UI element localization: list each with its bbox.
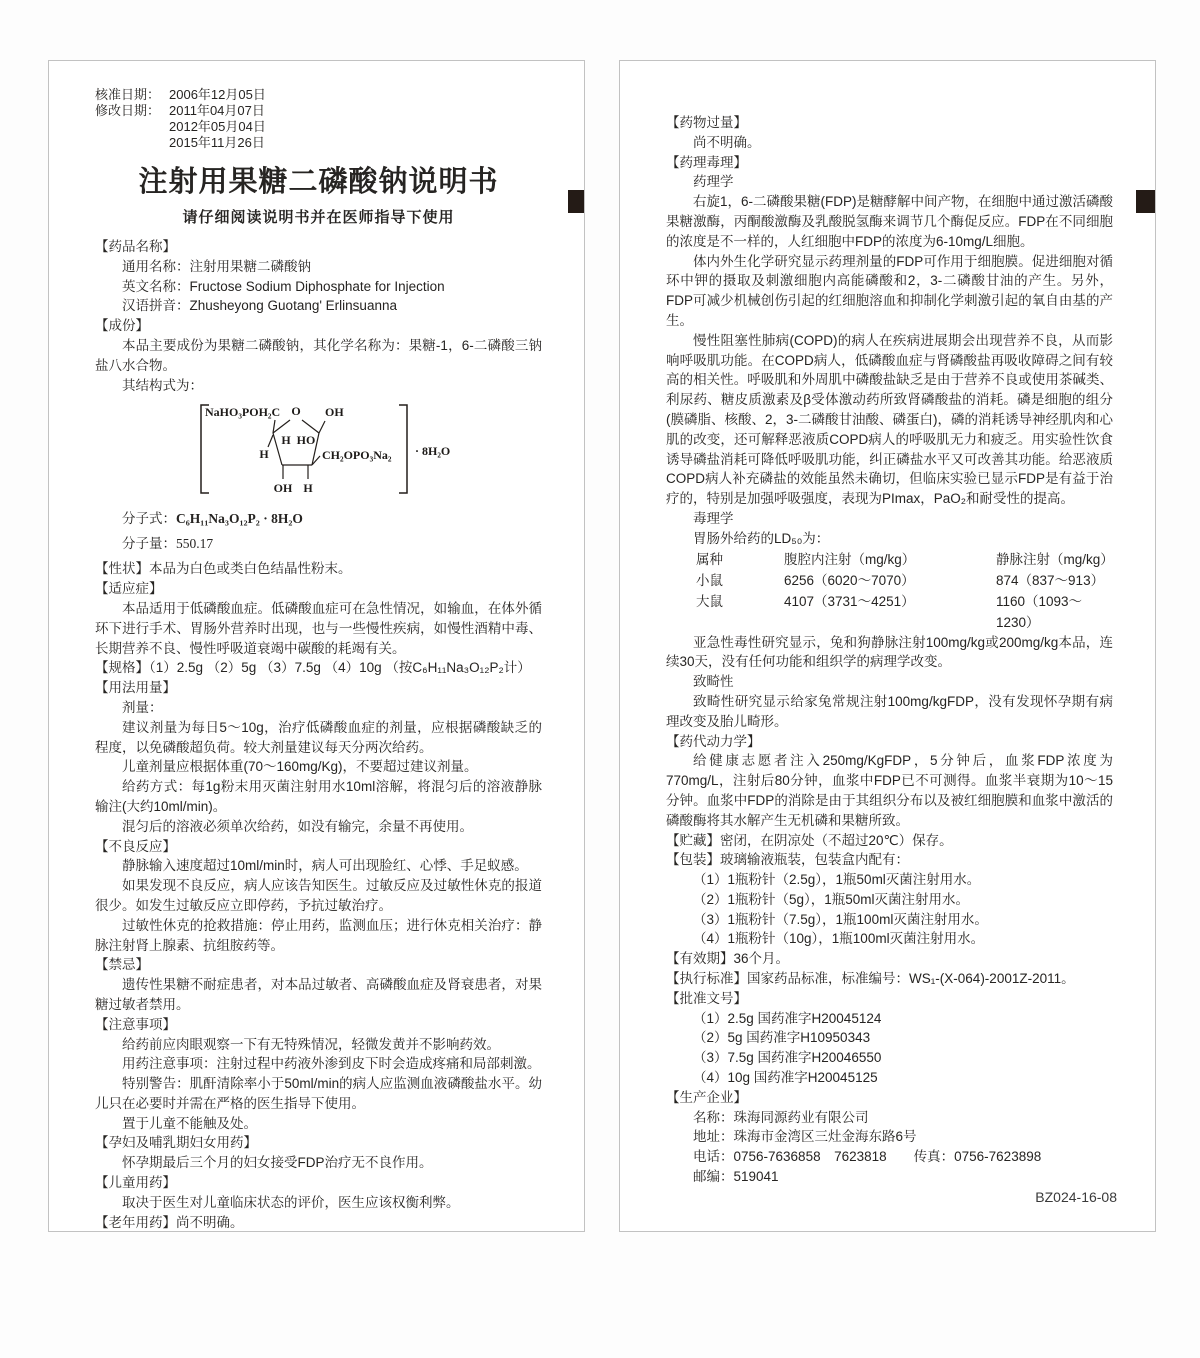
section-heading: 【儿童用药】 <box>95 1173 542 1193</box>
date-value: 2015年11月26日 <box>169 135 265 151</box>
insert-page-left: 核准日期： 2006年12月05日 修改日期： 2011年04月07日 2012… <box>48 60 585 1232</box>
paragraph: 致畸性研究显示给家兔常规注射100mg/kgFDP，没有发现怀孕期有病理改变及胎… <box>666 692 1113 732</box>
left-blocks-2: 【性状】本品为白色或类白色结晶性粉末。【适应症】本品适用于低磷酸血症。低磷酸血症… <box>95 559 542 1232</box>
revision-date-row: 2012年05月04日 <box>95 119 542 135</box>
table-cell: 静脉注射（mg/kg） <box>996 549 1113 570</box>
paragraph: 通用名称：注射用果糖二磷酸钠 <box>95 257 542 277</box>
paragraph: 取决于医生对儿童临床状态的评价，医生应该权衡利弊。 <box>95 1193 542 1213</box>
section-heading: 【不良反应】 <box>95 837 542 857</box>
structure-label-hydrate: · 8H₂O <box>415 444 450 458</box>
paragraph: 如果发现不良反应，病人应该告知医生。过敏反应及过敏性休克的报道很少。如发生过敏反… <box>95 876 542 916</box>
date-label <box>95 119 169 135</box>
approval-dates: 核准日期： 2006年12月05日 修改日期： 2011年04月07日 2012… <box>95 87 542 151</box>
page-title: 注射用果糖二磷酸钠说明书 <box>95 159 542 200</box>
molecular-weight-line: 分子量：550.17 <box>95 534 542 554</box>
paragraph: 给药方式：每1g粉末用灭菌注射用水10ml溶解，将混匀后的溶液静脉输注(大约10… <box>95 777 542 817</box>
table-cell: 大鼠 <box>696 591 784 633</box>
structure-label-oh-top: OH <box>325 405 344 419</box>
structure-label-ho-inner: HO <box>297 433 316 447</box>
section-heading: 【药品名称】 <box>95 237 542 257</box>
paragraph: 毒理学 <box>666 509 1113 529</box>
table-cell: 6256（6020～7070） <box>784 570 996 591</box>
paragraph: 药理学 <box>666 172 1113 192</box>
section-heading: 【规格】（1）2.5g （2）5g （3）7.5g （4）10g （按C₆H₁₁… <box>95 658 542 678</box>
section-heading: 【性状】本品为白色或类白色结晶性粉末。 <box>95 559 542 579</box>
table-cell: 腹腔内注射（mg/kg） <box>784 549 996 570</box>
approval-date-row: 核准日期： 2006年12月05日 <box>95 87 542 103</box>
molecular-formula-label: 分子式： <box>122 511 176 526</box>
paragraph: 致畸性 <box>666 672 1113 692</box>
paragraph: 其结构式为： <box>95 376 542 396</box>
registration-mark <box>568 190 585 213</box>
paragraph: 剂量： <box>95 698 542 718</box>
section-heading: 【注意事项】 <box>95 1015 542 1035</box>
structure-label-phosphate-right: CH₂OPO₃Na₂ <box>322 448 392 462</box>
batch-code: BZ024-16-08 <box>1035 1189 1117 1205</box>
table-cell: 874（837～913） <box>996 570 1113 591</box>
section-heading: 【药理毒理】 <box>666 153 1113 173</box>
revision-date-row: 修改日期： 2011年04月07日 <box>95 103 542 119</box>
paragraph: 右旋1，6-二磷酸果糖(FDP)是糖酵解中间产物，在细胞中通过激活磷酸果糖激酶，… <box>666 192 1113 251</box>
section-heading: 【执行标准】国家药品标准，标准编号：WS₁-(X-064)-2001Z-2011… <box>666 969 1113 989</box>
section-heading: 【生产企业】 <box>666 1088 1113 1108</box>
paragraph: 置于儿童不能触及处。 <box>95 1114 542 1134</box>
revision-date-row: 2015年11月26日 <box>95 135 542 151</box>
structure-label-oh-bottom: OH <box>274 481 293 495</box>
paragraph: 亚急性毒性研究显示，兔和狗静脉注射100mg/kg或200mg/kg本品，连续3… <box>666 633 1113 673</box>
ld50-table: 属种腹腔内注射（mg/kg）静脉注射（mg/kg）小鼠6256（6020～707… <box>696 549 1113 633</box>
section-heading: 【包装】玻璃输液瓶装，包装盒内配有： <box>666 850 1113 870</box>
molecular-weight-label: 分子量： <box>122 536 176 551</box>
structure-label-phosphate-left: NaHO₃POH₂C <box>205 405 280 419</box>
paragraph: 用药注意事项：注射过程中药液外渗到皮下时会造成疼痛和局部刺激。 <box>95 1054 542 1074</box>
section-heading: 【成份】 <box>95 316 542 336</box>
section-heading: 【有效期】36个月。 <box>666 949 1113 969</box>
table-cell: 4107（3731～4251） <box>784 591 996 633</box>
section-heading: 【适应症】 <box>95 579 542 599</box>
chemical-structure-svg: NaHO₃POH₂C O OH H HO H CH₂OPO₃Na₂ OH H ·… <box>195 399 450 499</box>
insert-page-right: 【药物过量】尚不明确。【药理毒理】药理学右旋1，6-二磷酸果糖(FDP)是糖酵解… <box>619 60 1156 1232</box>
page-subtitle: 请仔细阅读说明书并在医师指导下使用 <box>95 206 542 227</box>
chemical-structure-figure: NaHO₃POH₂C O OH H HO H CH₂OPO₃Na₂ OH H ·… <box>195 399 450 504</box>
date-label: 修改日期： <box>95 103 169 119</box>
paragraph: （2）1瓶粉针（5g），1瓶50ml灭菌注射用水。 <box>666 890 1113 910</box>
paragraph: 给健康志愿者注入250mg/KgFDP，5分钟后，血浆FDP浓度为770mg/L… <box>666 751 1113 830</box>
paragraph: 英文名称：Fructose Sodium Diphosphate for Inj… <box>95 277 542 297</box>
registration-mark <box>1136 190 1156 213</box>
paragraph: （1）1瓶粉针（2.5g），1瓶50ml灭菌注射用水。 <box>666 870 1113 890</box>
table-row: 属种腹腔内注射（mg/kg）静脉注射（mg/kg） <box>696 549 1113 570</box>
paragraph: 怀孕期最后三个月的妇女接受FDP治疗无不良作用。 <box>95 1153 542 1173</box>
molecular-formula-value: C₆H₁₁Na₃O₁₂P₂ · 8H₂O <box>176 511 303 526</box>
structure-label-h-bottom: H <box>303 481 313 495</box>
paragraph: 遗传性果糖不耐症患者，对本品过敏者、高磷酸血症及肾衰患者，对果糖过敏者禁用。 <box>95 975 542 1015</box>
structure-label-ring-oxygen: O <box>291 404 300 418</box>
paragraph: 过敏性休克的抢救措施：停止用药，监测血压；进行休克相关治疗：静脉注射肾上腺素、抗… <box>95 916 542 956</box>
section-heading: 【药物过量】 <box>666 113 1113 133</box>
paragraph: 名称：珠海同源药业有限公司 <box>666 1108 1113 1128</box>
paragraph: 地址：珠海市金湾区三灶金海东路6号 <box>666 1127 1113 1147</box>
paragraph: 建议剂量为每日5～10g，治疗低磷酸血症的剂量，应根据磷酸缺乏的程度，以免磷酸超… <box>95 718 542 758</box>
molecular-weight-value: 550.17 <box>176 536 213 551</box>
paragraph: 给药前应肉眼观察一下有无特殊情况，轻微发黄并不影响药效。 <box>95 1035 542 1055</box>
paragraph: （4）10g 国药准字H20045125 <box>666 1068 1113 1088</box>
paragraph: 本品主要成份为果糖二磷酸钠，其化学名称为：果糖-1，6-二磷酸三钠盐八水合物。 <box>95 336 542 376</box>
paragraph: 尚不明确。 <box>666 133 1113 153</box>
table-cell: 属种 <box>696 549 784 570</box>
paragraph: 汉语拼音：Zhusheyong Guotang' Erlinsuanna <box>95 296 542 316</box>
paragraph: （3）1瓶粉针（7.5g），1瓶100ml灭菌注射用水。 <box>666 910 1113 930</box>
molecular-formula-line: 分子式：C₆H₁₁Na₃O₁₂P₂ · 8H₂O <box>95 509 542 529</box>
paragraph: 慢性阻塞性肺病(COPD)的病人在疾病进展期会出现营养不良，从而影响呼吸肌功能。… <box>666 331 1113 509</box>
paragraph: （4）1瓶粉针（10g），1瓶100ml灭菌注射用水。 <box>666 929 1113 949</box>
section-heading: 【禁忌】 <box>95 955 542 975</box>
paragraph: 静脉输入速度超过10ml/min时，病人可出现脸红、心悸、手足蚁感。 <box>95 856 542 876</box>
section-heading: 【贮藏】密闭，在阴凉处（不超过20℃）保存。 <box>666 831 1113 851</box>
table-cell: 小鼠 <box>696 570 784 591</box>
paragraph: 特别警告：肌酐清除率小于50ml/min的病人应监测血液磷酸盐水平。幼儿只在必要… <box>95 1074 542 1114</box>
paragraph: 电话：0756-7636858 7623818 传真：0756-7623898 <box>666 1147 1113 1167</box>
paragraph: （1）2.5g 国药准字H20045124 <box>666 1009 1113 1029</box>
date-label: 核准日期： <box>95 87 169 103</box>
section-heading: 【孕妇及哺乳期妇女用药】 <box>95 1133 542 1153</box>
section-heading: 【批准文号】 <box>666 989 1113 1009</box>
left-blocks-1: 【药品名称】通用名称：注射用果糖二磷酸钠英文名称：Fructose Sodium… <box>95 237 542 395</box>
structure-label-h-inner: H <box>281 433 291 447</box>
date-value: 2012年05月04日 <box>169 119 266 135</box>
paragraph: 邮编：519041 <box>666 1167 1113 1187</box>
table-cell: 1160（1093～1230） <box>996 591 1113 633</box>
table-row: 小鼠6256（6020～7070）874（837～913） <box>696 570 1113 591</box>
section-heading: 【用法用量】 <box>95 678 542 698</box>
date-value: 2011年04月07日 <box>169 103 265 119</box>
paragraph: 体内外生化学研究显示药理剂量的FDP可作用于细胞膜。促进细胞对循环中钾的摄取及刺… <box>666 252 1113 331</box>
paragraph: （2）5g 国药准字H10950343 <box>666 1028 1113 1048</box>
paragraph: （3）7.5g 国药准字H20046550 <box>666 1048 1113 1068</box>
paragraph: 本品适用于低磷酸血症。低磷酸血症可在急性情况，如输血，在体外循环下进行手术、胃肠… <box>95 599 542 658</box>
paragraph: 儿童剂量应根据体重(70～160mg/Kg)，不要超过建议剂量。 <box>95 757 542 777</box>
section-heading: 【老年用药】尚不明确。 <box>95 1213 542 1232</box>
right-blocks: 【药物过量】尚不明确。【药理毒理】药理学右旋1，6-二磷酸果糖(FDP)是糖酵解… <box>666 113 1113 1187</box>
section-heading: 【药代动力学】 <box>666 732 1113 752</box>
date-value: 2006年12月05日 <box>169 87 266 103</box>
table-row: 大鼠4107（3731～4251）1160（1093～1230） <box>696 591 1113 633</box>
paragraph: 混匀后的溶液必须单次给药，如没有输完，余量不再使用。 <box>95 817 542 837</box>
structure-label-h-left: H <box>259 447 269 461</box>
date-label <box>95 135 169 151</box>
paragraph: 胃肠外给药的LD₅₀为： <box>666 529 1113 549</box>
